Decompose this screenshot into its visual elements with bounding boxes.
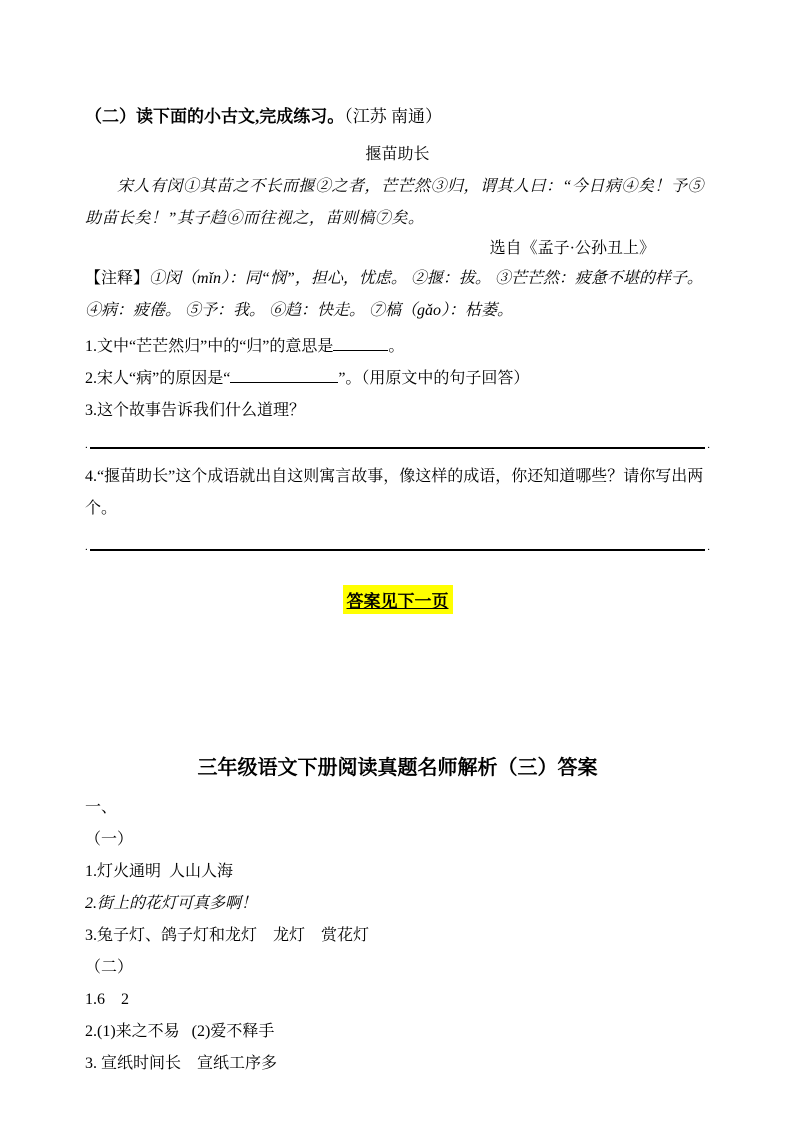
question-2-text: 2.宋人“病”的原因是“ (85, 370, 230, 387)
question-2-hint: （用原文中的句子回答） (361, 370, 529, 387)
answer-blank-line-1: .. (85, 441, 710, 449)
answers-section-title: 三年级语文下册阅读真题名师解析（三）答案 (85, 754, 710, 782)
answer-line-item: （一） (85, 824, 710, 855)
exercise-heading-region: （江苏 南通） (344, 107, 442, 126)
answer-notice-highlight: 答案见下一页 (343, 585, 453, 614)
notes-body: ①闵（mǐn）：同“悯”，担心，忧虑。 ②揠：拔。 ③芒芒然：疲惫不堪的样子。 … (85, 270, 707, 319)
notes-label: 【注释】 (85, 270, 149, 287)
answer-line-item: 1.灯火通明 人山人海 (85, 856, 710, 887)
question-2: 2.宋人“病”的原因是“”。（用原文中的句子回答） (85, 365, 710, 393)
line-start-dot: . (85, 441, 88, 449)
answer-line-item: 3. 宣纸时间长 宣纸工序多 (85, 1048, 710, 1079)
blank-rule (90, 446, 706, 449)
answer-notice-row: 答案见下一页 (85, 585, 710, 614)
line-end-dot: . (707, 441, 710, 449)
answer-line-item: 2.街上的花灯可真多啊！ (85, 888, 710, 919)
question-2-quote-close: ”。 (338, 370, 361, 387)
blank-rule (90, 548, 706, 551)
question-1-period: 。 (388, 338, 404, 355)
exercise-heading-main: （二）读下面的小古文,完成练习。 (85, 107, 344, 126)
line-end-dot: . (707, 543, 710, 551)
question-3: 3.这个故事告诉我们什么道理？ (85, 397, 710, 425)
passage-title: 揠苗助长 (85, 143, 710, 167)
question-1-text: 1.文中“芒芒然归”中的“归”的意思是 (85, 338, 333, 355)
question-1: 1.文中“芒芒然归”中的“归”的意思是。 (85, 333, 710, 361)
answer-line-item: 1.6 2 (85, 984, 710, 1015)
document-page: （二）读下面的小古文,完成练习。（江苏 南通） 揠苗助长 宋人有闵①其苗之不长而… (0, 0, 794, 1123)
line-start-dot: . (85, 543, 88, 551)
answer-line-item: 3.兔子灯、鸽子灯和龙灯 龙灯 赏花灯 (85, 920, 710, 951)
answer-line-item: 2.(1)来之不易 (2)爱不释手 (85, 1016, 710, 1047)
notes-paragraph: 【注释】①闵（mǐn）：同“悯”，担心，忧虑。 ②揠：拔。 ③芒芒然：疲惫不堪的… (85, 263, 710, 327)
answer-line-item: （二） (85, 952, 710, 983)
exercise-heading: （二）读下面的小古文,完成练习。（江苏 南通） (85, 105, 710, 129)
answer-blank-line-2: .. (85, 543, 710, 551)
answer-line-item: 一、 (85, 792, 710, 823)
question-4: 4.“揠苗助长”这个成语就出自这则寓言故事，像这样的成语，你还知道哪些？请你写出… (85, 461, 710, 525)
question-1-blank (333, 336, 388, 351)
question-2-blank (230, 368, 338, 383)
passage-source: 选自《孟子·公孙丑上》 (85, 235, 710, 263)
passage-text: 宋人有闵①其苗之不长而揠②之者，芒芒然③归，谓其人曰：“今日病④矣！予⑤助苗长矣… (85, 171, 710, 235)
